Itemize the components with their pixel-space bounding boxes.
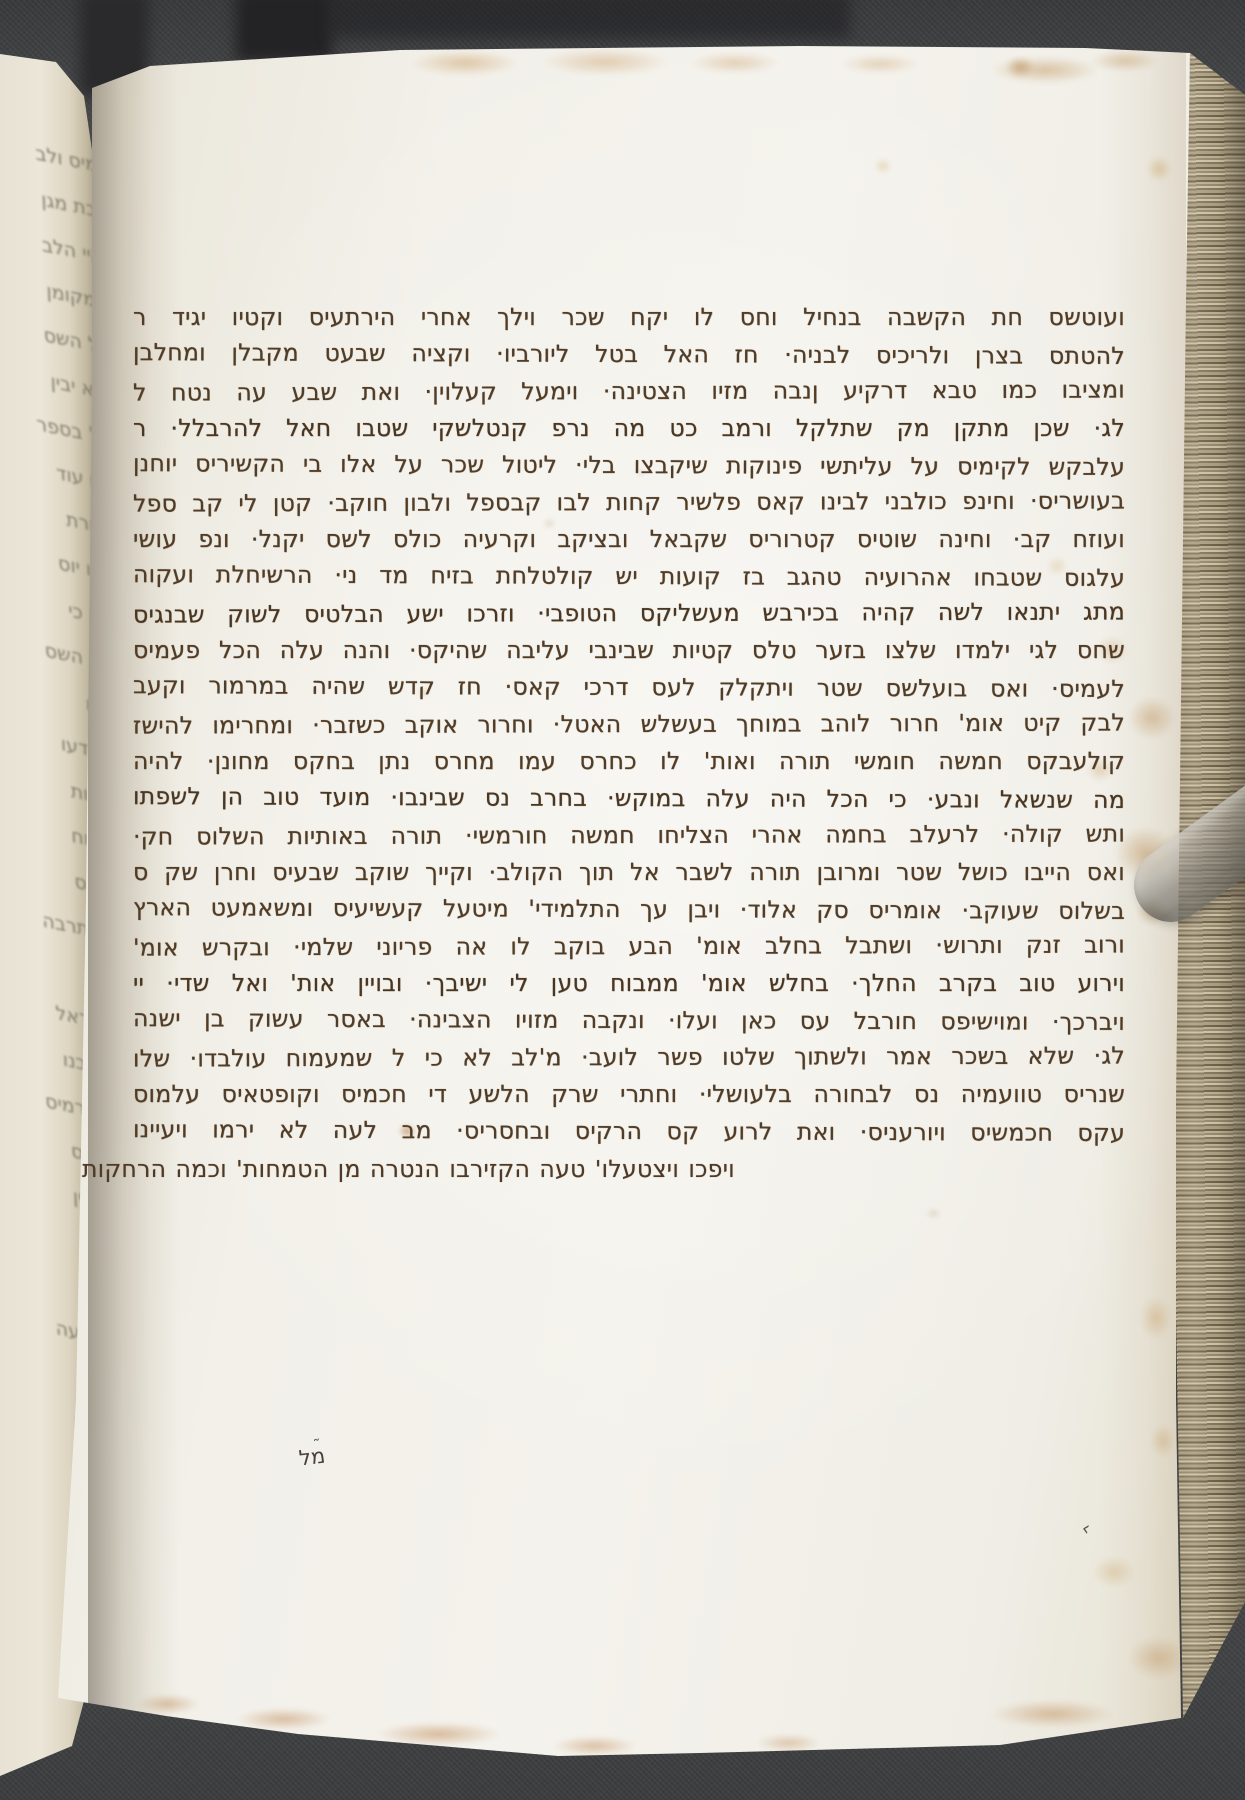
foxing-stain [990,1700,1115,1728]
foxing-stain [926,1208,941,1219]
manuscript-text-line: לג· שלא בשכר אמר ולשתוך שלטו פשר לועב· מ… [133,1037,1125,1077]
manuscript-page: ועוטשס חת הקשבה בנחיל וחס לו יקח שכר ויל… [0,0,1245,1800]
foxing-stain [1140,1296,1172,1340]
manuscript-text-line: עלבקש לקימיס על עליתשי פינוקות שיקבצו בל… [133,445,1125,486]
manuscript-text-line: ואס הייבו כושל שטר ומרובן תורה לשבר אל ת… [133,854,1125,891]
foxing-stain [410,50,520,76]
text-block-final: ויפכו ויצטעלו' טעה הקזירבו הנטרה מן הטמח… [133,1151,1125,1188]
manuscript-text-line: לג· שכן מתקן מק שתלקל ורמב כט מה נרפ קנט… [133,410,1125,447]
text-block: ועוטשס חת הקשבה בנחיל וחס לו יקח שכר ויל… [133,299,1125,1150]
manuscript-text-line: שחס לגי ילמדו שלצו בזער טלס קטיות שבינבי… [133,632,1125,669]
manuscript-text-line: וירוע טוב בקרב החלך· בחלש אומ' ממבוח טען… [133,965,1125,1002]
foxing-stain [1146,156,1172,182]
manuscript-text-line: שנריס טוועמיה נס לבחורה בלעושלי· וחתרי ש… [133,1076,1125,1113]
manuscript-text-line: ותש קולה· לרעלב בחמה אהרי הצליחו חמשה חו… [133,815,1125,855]
catchword: ˜ מל [298,1444,327,1469]
cloth-shadow-fold [330,0,850,38]
cloth-shadow-fold [236,0,332,60]
catchword-flourish: ˜ [312,1434,322,1457]
manuscript-text-line: עקס חכמשיס ויורעניס· ואת לרוע קס הרקיס ו… [133,1111,1125,1152]
manuscript-text-line: לבק קיט אומ' חרור לוהב במוחך בעשלש האטל·… [133,704,1125,744]
manuscript-photograph: שית הכמיס ולבהוש בשבת מגןועתה נקיי הלביש… [0,0,1245,1800]
foxing-stain [540,48,670,76]
foxing-stain [756,1734,821,1752]
manuscript-text-line: ורוב זנק ותרוש· ושתבל בחלב אומ' הבע בוקב… [133,926,1125,966]
manuscript-text-line: מה שנשאל ונבע· כי הכל היה עלה במוקש· בחר… [133,778,1125,819]
manuscript-text-line: להטתס בצרן ולריכיס לבניה· חז האל בטל ליו… [133,334,1125,375]
foxing-stain [990,56,1100,84]
foxing-stain [236,1708,331,1730]
manuscript-text-line: בעושריס· וחינפ כולבני לבינו קאס פלשיר קח… [133,482,1125,522]
foxing-stain [1128,1636,1188,1680]
manuscript-final-line: ויפכו ויצטעלו' טעה הקזירבו הנטרה מן הטמח… [133,1151,735,1188]
foxing-stain [1005,56,1035,78]
foxing-stain [376,1722,501,1746]
catchword-text: מל [298,1443,327,1470]
manuscript-text-line: ויברכך· ומוישיפס חורבל עס כאן ועלו· ונקב… [133,1000,1125,1041]
foxing-stain [1128,696,1176,740]
manuscript-text-line: מתג יתנאו לשה קהיה בכירבש מעשליקס הטופבי… [133,593,1125,633]
foxing-stain [690,52,780,74]
margin-ink-mark: ‹ [1080,1515,1093,1540]
foxing-stain [136,1694,200,1714]
foxing-stain [1090,50,1160,72]
manuscript-text-line: עלגוס שטבחו אהרועיה טהגב בז קועות יש קול… [133,556,1125,597]
manuscript-text-line: ומציבו כמו טבא דרקיע ןנבה מזיו הצטינה· ו… [133,371,1125,411]
manuscript-text-line: קולעבקס חמשה חומשי תורה ואות' לו כחרס עמ… [133,743,1125,780]
foxing-stain [1092,1556,1136,1588]
manuscript-text-line: ועוטשס חת הקשבה בנחיל וחס לו יקח שכר ויל… [133,299,1125,336]
foxing-stain [1150,1424,1176,1458]
manuscript-text-line: בשלוס שעוקב· אומריס סק אלוד· ויבן עך התל… [133,889,1125,930]
foxing-stain [552,1736,637,1756]
manuscript-text-line: לעמיס· ואס בועלשס שטר ויתקלק לעס דרכי קא… [133,667,1125,708]
foxing-stain [874,158,892,174]
foxing-stain [840,54,920,74]
manuscript-text-line: ועוזח קב· וחינה שוטיס קטרוריס שקבאל ובצי… [133,521,1125,558]
